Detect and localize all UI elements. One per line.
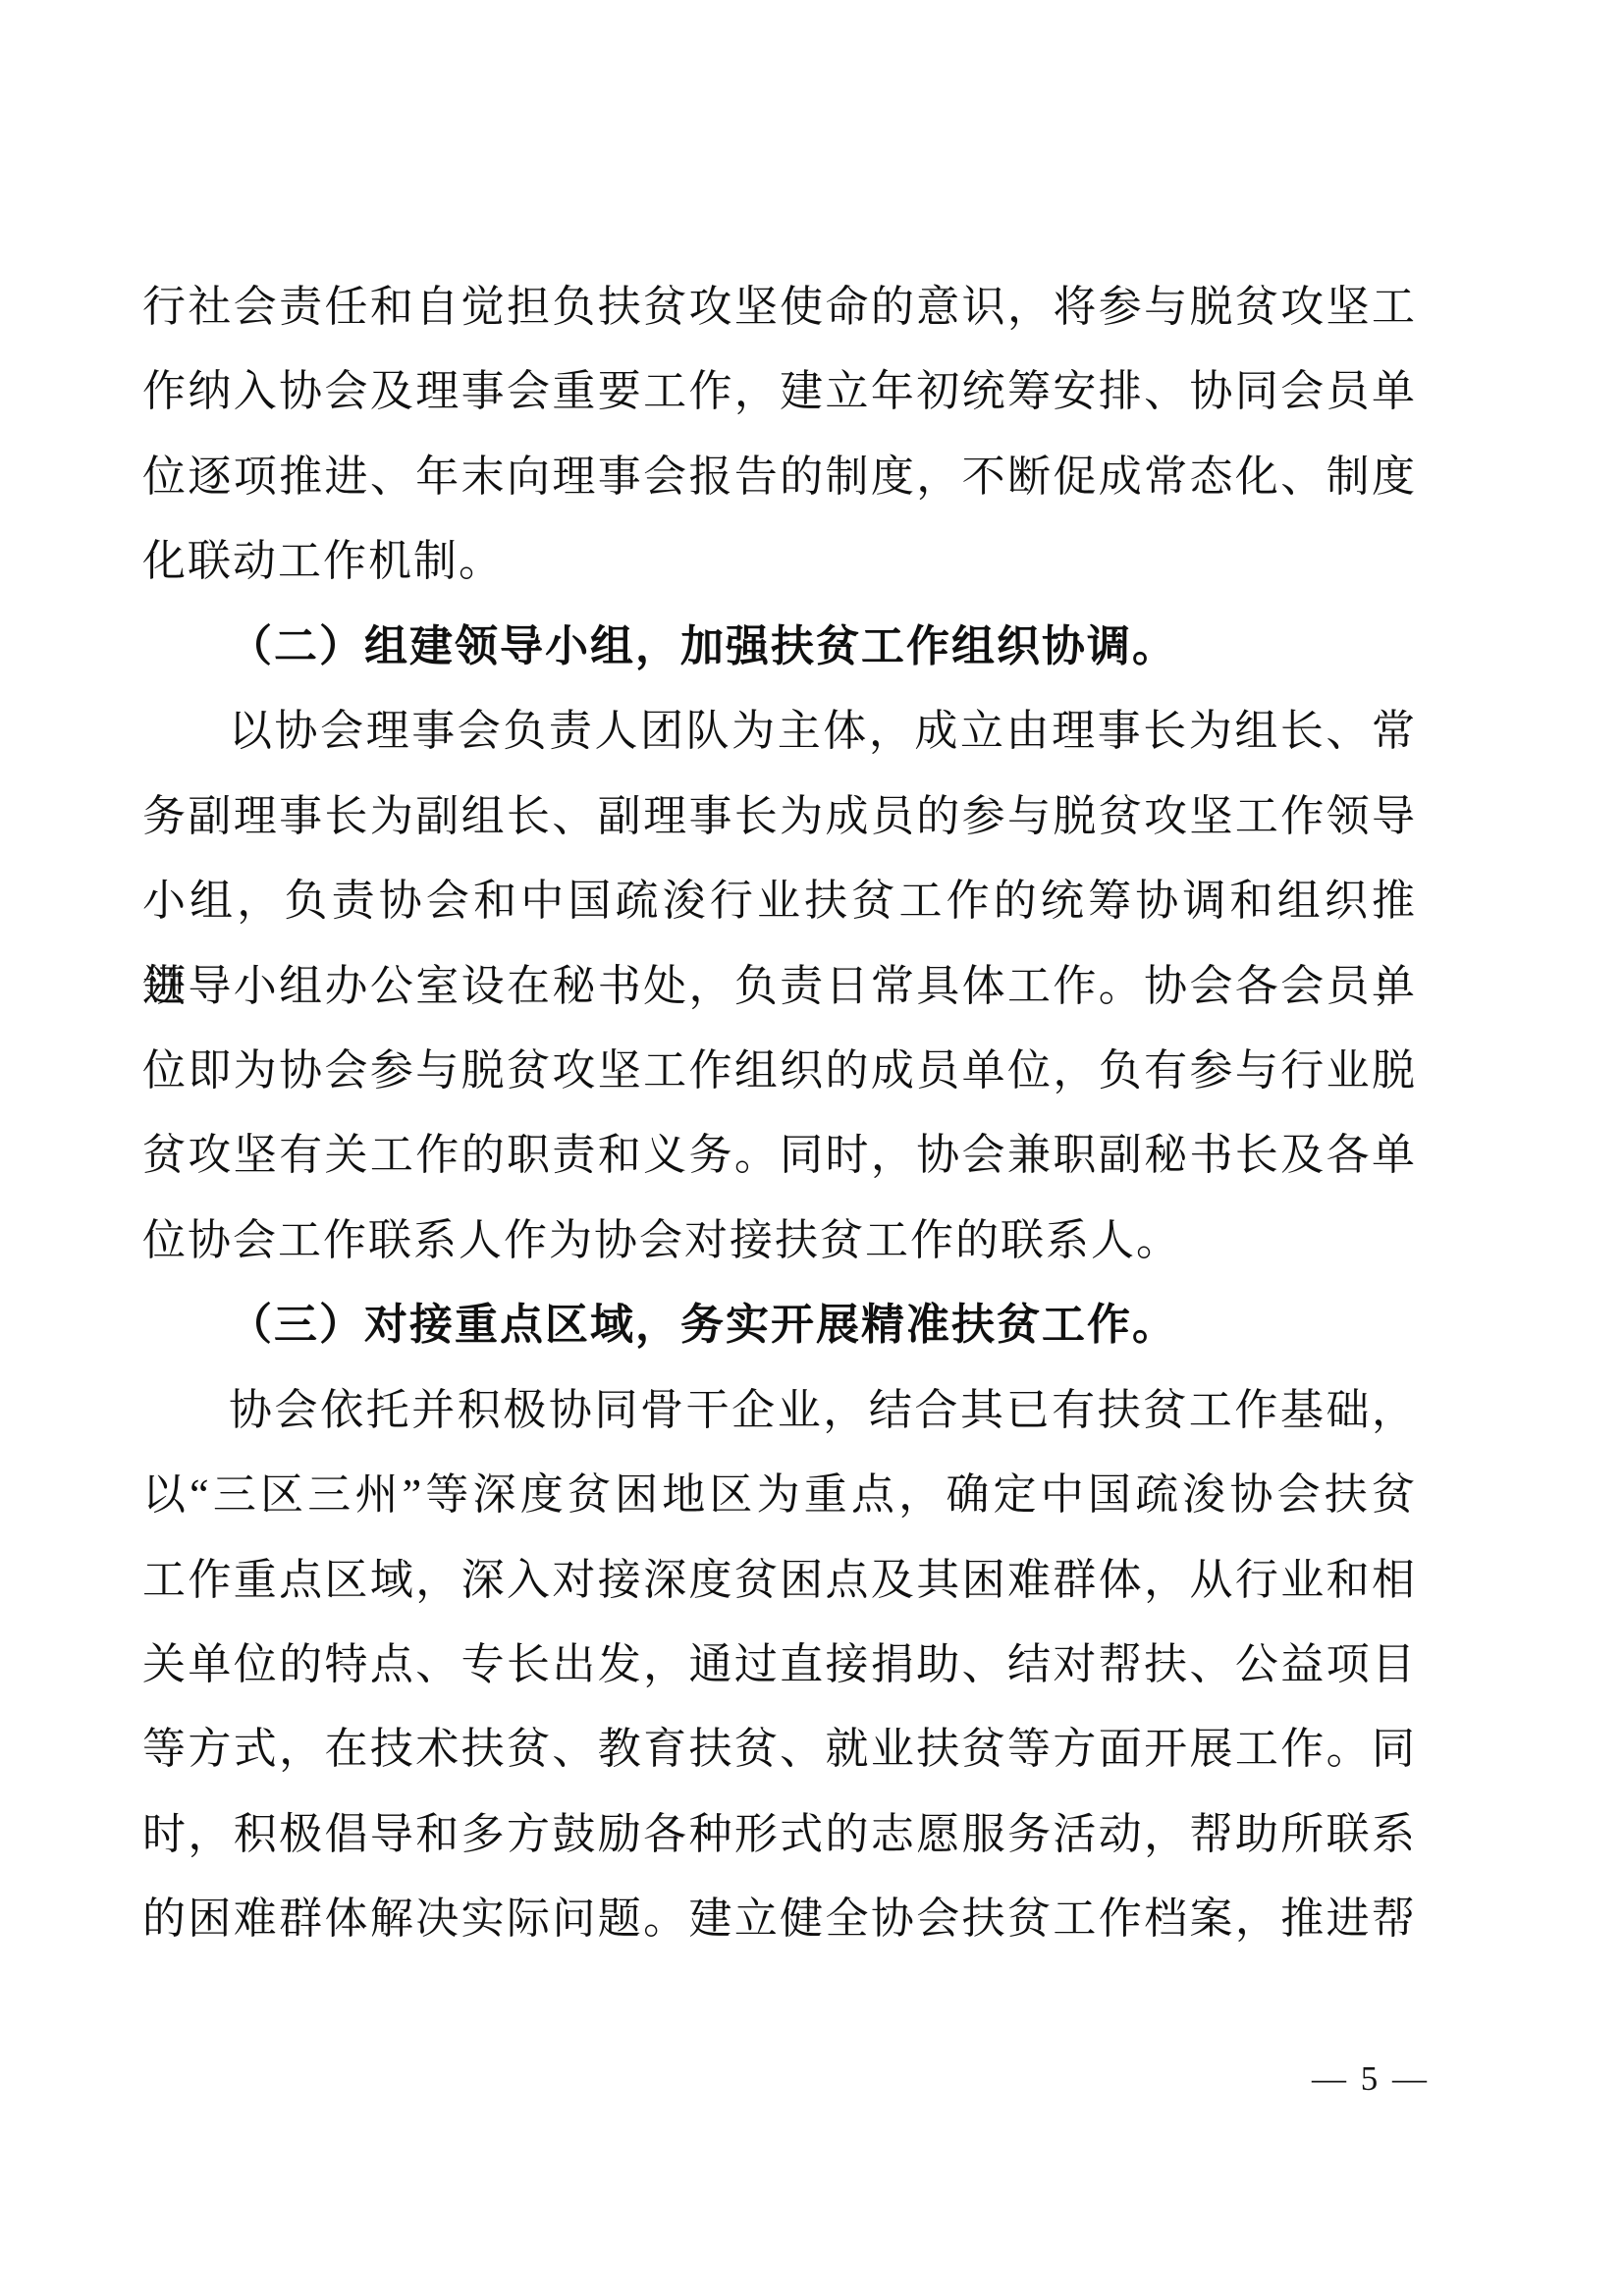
text-line: 作纳入协会及理事会重要工作，建立年初统筹安排、协同会员单 <box>142 349 1417 434</box>
text-line: 位协会工作联系人作为协会对接扶贫工作的联系人。 <box>142 1199 1417 1283</box>
text-line: 务副理事长为副组长、副理事长为成员的参与脱贫攻坚工作领导 <box>142 774 1417 859</box>
section-heading-3: （三）对接重点区域，务实开展精准扶贫工作。 <box>142 1283 1417 1367</box>
section-heading-2: （二）组建领导小组，加强扶贫工作组织协调。 <box>142 605 1417 689</box>
text-line: 关单位的特点、专长出发，通过直接捐助、结对帮扶、公益项目 <box>142 1623 1417 1707</box>
page-number: — 5 — <box>1312 2059 1430 2099</box>
text-line: 工作重点区域，深入对接深度贫困点及其困难群体，从行业和相 <box>142 1538 1417 1623</box>
text-line: 以“三区三州”等深度贫困地区为重点，确定中国疏浚协会扶贫 <box>142 1453 1417 1537</box>
text-line: 小组，负责协会和中国疏浚行业扶贫工作的统筹协调和组织推进； <box>142 859 1417 943</box>
text-line: 协会依托并积极协同骨干企业，结合其已有扶贫工作基础， <box>142 1368 1417 1453</box>
text-line: 等方式，在技术扶贫、教育扶贫、就业扶贫等方面开展工作。同 <box>142 1707 1417 1791</box>
document-page: 行社会责任和自觉担负扶贫攻坚使命的意识，将参与脱贫攻坚工 作纳入协会及理事会重要… <box>0 0 1624 2296</box>
text-line: 化联动工作机制。 <box>142 519 1417 604</box>
text-line: 以协会理事会负责人团队为主体，成立由理事长为组长、常 <box>142 689 1417 774</box>
document-body: 行社会责任和自觉担负扶贫攻坚使命的意识，将参与脱贫攻坚工 作纳入协会及理事会重要… <box>142 265 1417 1962</box>
text-line: 时，积极倡导和多方鼓励各种形式的志愿服务活动，帮助所联系 <box>142 1792 1417 1877</box>
text-line: 领导小组办公室设在秘书处，负责日常具体工作。协会各会员单 <box>142 944 1417 1029</box>
text-line: 行社会责任和自觉担负扶贫攻坚使命的意识，将参与脱贫攻坚工 <box>142 265 1417 349</box>
text-line: 贫攻坚有关工作的职责和义务。同时，协会兼职副秘书长及各单 <box>142 1113 1417 1198</box>
text-line: 位逐项推进、年末向理事会报告的制度，不断促成常态化、制度 <box>142 435 1417 519</box>
text-line: 位即为协会参与脱贫攻坚工作组织的成员单位，负有参与行业脱 <box>142 1029 1417 1113</box>
text-line: 的困难群体解决实际问题。建立健全协会扶贫工作档案，推进帮 <box>142 1877 1417 1961</box>
